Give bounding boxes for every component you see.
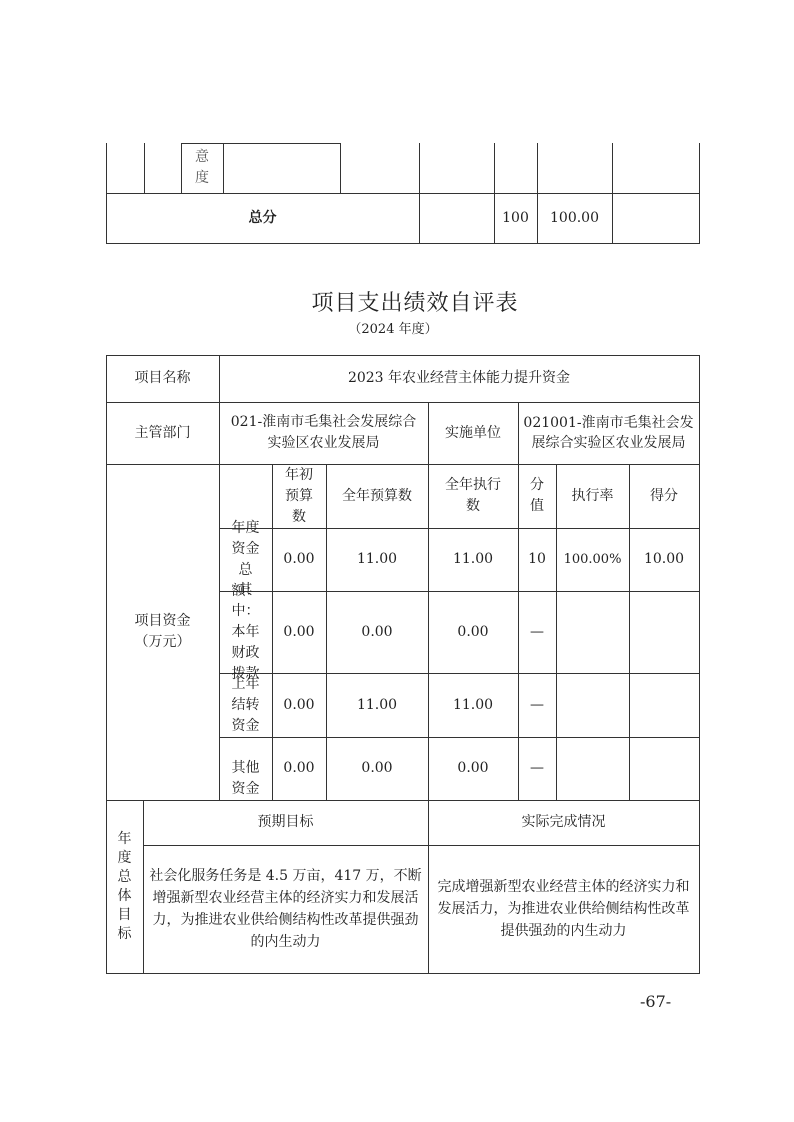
- funds-label: 项目资金 （万元）: [106, 464, 219, 800]
- funds-rate: [556, 737, 629, 800]
- dept-label: 主管部门: [106, 402, 219, 464]
- funds-header-initial: 年初预算数: [272, 464, 326, 528]
- divider: [419, 143, 420, 244]
- page-title: 项目支出绩效自评表: [0, 286, 794, 317]
- funds-weight: —: [518, 591, 556, 673]
- dept-value: 021-淮南市毛集社会发展综合实验区农业发展局: [219, 402, 428, 464]
- project-name-value: 2023 年农业经营主体能力提升资金: [219, 355, 699, 402]
- funds-header-score: 得分: [629, 464, 699, 528]
- funds-initial: 0.00: [272, 528, 326, 591]
- divider: [106, 243, 700, 244]
- funds-weight: 10: [518, 528, 556, 591]
- goal-expected-header: 预期目标: [143, 800, 428, 845]
- project-name-label: 项目名称: [106, 355, 219, 402]
- funds-executed: 0.00: [428, 591, 518, 673]
- page-number: -67-: [640, 992, 671, 1011]
- divider: [340, 143, 341, 193]
- divider: [699, 143, 700, 244]
- unit-value: 021001-淮南市毛集社会发展综合实验区农业发展局: [518, 402, 699, 464]
- funds-budget: 0.00: [326, 737, 428, 800]
- divider: [612, 143, 613, 244]
- goal-expected-text: 社会化服务任务是 4.5 万亩，417 万，不断增强新型农业经营主体的经济实力和…: [143, 845, 428, 973]
- funds-budget: 11.00: [326, 528, 428, 591]
- total-weight: 100: [494, 193, 537, 243]
- divider: [223, 143, 224, 193]
- page-subtitle: （2024 年度）: [0, 318, 792, 337]
- funds-rate: 100.00%: [556, 528, 629, 591]
- funds-budget: 11.00: [326, 673, 428, 737]
- goal-actual-text: 完成增强新型农业经营主体的经济实力和发展活力，为推进农业供给侧结构性改革提供强劲…: [428, 845, 699, 973]
- funds-budget: 0.00: [326, 591, 428, 673]
- funds-header-weight: 分值: [518, 464, 556, 528]
- funds-score: 10.00: [629, 528, 699, 591]
- funds-initial: 0.00: [272, 737, 326, 800]
- funds-row-label: 其他资金: [219, 737, 272, 800]
- total-score: 100.00: [537, 193, 612, 243]
- funds-row-label: 上年结转资金: [219, 673, 272, 737]
- partial-row-label: 意 度: [181, 143, 223, 193]
- funds-header-budget: 全年预算数: [326, 464, 428, 528]
- funds-header-executed: 全年执行数: [428, 464, 518, 528]
- goal-label: 年度总体目标: [106, 800, 143, 973]
- funds-score: [629, 737, 699, 800]
- unit-label: 实施单位: [428, 402, 518, 464]
- divider: [699, 355, 700, 974]
- funds-rate: [556, 673, 629, 737]
- funds-score: [629, 673, 699, 737]
- funds-initial: 0.00: [272, 673, 326, 737]
- funds-rate: [556, 591, 629, 673]
- funds-weight: —: [518, 673, 556, 737]
- funds-row-label: 其中：本年财政拨款: [219, 591, 272, 673]
- funds-executed: 11.00: [428, 528, 518, 591]
- total-label: 总分: [106, 193, 419, 243]
- funds-header-rate: 执行率: [556, 464, 629, 528]
- divider: [106, 973, 700, 974]
- goal-actual-header: 实际完成情况: [428, 800, 699, 845]
- funds-initial: 0.00: [272, 591, 326, 673]
- divider: [144, 143, 145, 193]
- funds-weight: —: [518, 737, 556, 800]
- funds-score: [629, 591, 699, 673]
- funds-executed: 11.00: [428, 673, 518, 737]
- funds-executed: 0.00: [428, 737, 518, 800]
